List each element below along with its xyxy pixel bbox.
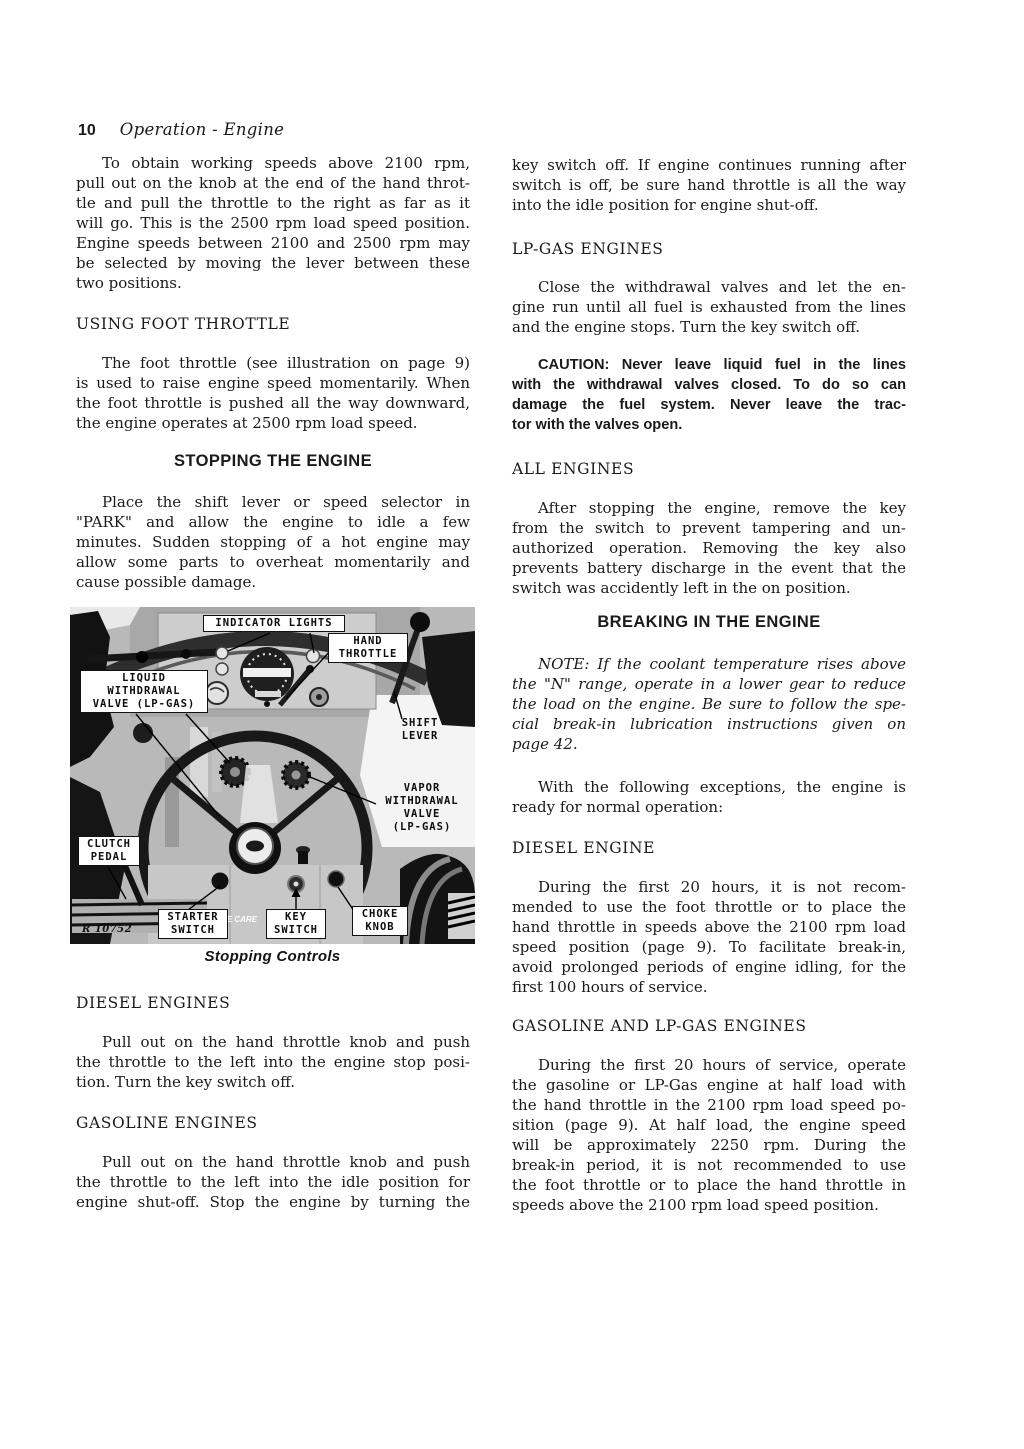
manual-page: { "page": { "number": "10", "title": "Op… (0, 0, 1024, 1449)
paragraph: To obtain working speeds above 2100 rpm,… (76, 153, 470, 293)
text-line: from the switch to prevent tampering and… (512, 518, 906, 538)
text-line: pull out on the knob at the end of the h… (76, 173, 470, 193)
choke-knob-control (328, 871, 344, 887)
text-line: During the first 20 hours, it is not rec… (512, 877, 906, 897)
section-heading-gasoline-engines: GASOLINE ENGINES (76, 1114, 258, 1132)
text-line: switch was accidently left in the on pos… (512, 578, 906, 598)
section-heading-using-foot-throttle: USING FOOT THROTTLE (76, 315, 290, 333)
indicator-light-left (216, 647, 228, 659)
text-line: ready for normal operation: (512, 797, 906, 817)
stopping-controls-figure: BE CARE INDICA (70, 607, 475, 979)
text-line: two positions. (76, 273, 470, 293)
text-line: tion. Turn the key switch off. (76, 1072, 470, 1092)
text-line: tor with the valves open. (512, 415, 906, 435)
indicator-light-left2 (216, 663, 228, 675)
paragraph: During the first 20 hours of service, op… (512, 1055, 906, 1215)
section-heading-diesel-engines: DIESEL ENGINES (76, 994, 230, 1012)
text-line: sition (page 9). At half load, the engin… (512, 1115, 906, 1135)
text-line: NOTE: If the coolant temperature rises a… (512, 654, 906, 674)
section-heading-stopping-the-engine: STOPPING THE ENGINE (76, 452, 470, 471)
section-heading-diesel-engine: DIESEL ENGINE (512, 839, 655, 857)
section-heading-gasoline-and-lp-gas-engines: GASOLINE AND LP-GAS ENGINES (512, 1017, 807, 1035)
paragraph: During the first 20 hours, it is not rec… (512, 877, 906, 997)
text-line: will go. This is the 2500 rpm load speed… (76, 213, 470, 233)
text-line: the foot throttle or to place the hand t… (512, 1175, 906, 1195)
label-clutch-pedal: CLUTCH PEDAL (78, 836, 140, 866)
text-line: allow some parts to overheat momentarily… (76, 552, 470, 572)
section-heading-breaking-in-the-engine: BREAKING IN THE ENGINE (512, 613, 906, 632)
paragraph: Close the withdrawal valves and let the … (512, 277, 906, 337)
text-line: The foot throttle (see illustration on p… (76, 353, 470, 373)
paragraph: key switch off. If engine continues runn… (512, 155, 906, 215)
text-line: damage the fuel system. Never leave the … (512, 395, 906, 415)
text-line: first 100 hours of service. (512, 977, 906, 997)
text-line: gine run until all fuel is exhausted fro… (512, 297, 906, 317)
label-key-switch: KEY SWITCH (266, 909, 326, 939)
figure-caption: Stopping Controls (70, 948, 475, 965)
text-line: tle and pull the throttle to the right a… (76, 193, 470, 213)
text-line: and the engine stops. Turn the key switc… (512, 317, 906, 337)
text-line: speed position (page 9). To facilitate b… (512, 937, 906, 957)
text-line: During the first 20 hours of service, op… (512, 1055, 906, 1075)
text-line: Pull out on the hand throttle knob and p… (76, 1032, 470, 1052)
paragraph: Place the shift lever or speed selector … (76, 492, 470, 592)
paragraph: The foot throttle (see illustration on p… (76, 353, 470, 433)
text-line: mended to use the foot throttle or to pl… (512, 897, 906, 917)
text-line: with the withdrawal valves closed. To do… (512, 375, 906, 395)
text-line: Pull out on the hand throttle knob and p… (76, 1152, 470, 1172)
section-heading-all-engines: ALL ENGINES (512, 460, 634, 478)
text-line: the engine operates at 2500 rpm load spe… (76, 413, 470, 433)
text-line: page 42. (512, 734, 906, 754)
text-line: With the following exceptions, the engin… (512, 777, 906, 797)
text-line: minutes. Sudden stopping of a hot engine… (76, 532, 470, 552)
text-line: the gasoline or LP-Gas engine at half lo… (512, 1075, 906, 1095)
shift-lever-knob (410, 612, 430, 632)
section-heading-lp-gas-engines: LP-GAS ENGINES (512, 240, 664, 258)
text-line: cial break-in lubrication instructions g… (512, 714, 906, 734)
text-line: engine shut-off. Stop the engine by turn… (76, 1192, 470, 1212)
text-line: switch is off, be sure hand throttle is … (512, 175, 906, 195)
paragraph: With the following exceptions, the engin… (512, 777, 906, 817)
text-line: is used to raise engine speed momentaril… (76, 373, 470, 393)
text-line: hand throttle in speeds above the 2100 r… (512, 917, 906, 937)
page-number: 10 (78, 122, 96, 140)
text-line: the hand throttle in the 2100 rpm load s… (512, 1095, 906, 1115)
text-line: To obtain working speeds above 2100 rpm, (76, 153, 470, 173)
label-choke-knob: CHOKE KNOB (352, 906, 408, 936)
text-line: the foot throttle is pushed all the way … (76, 393, 470, 413)
text-line: the throttle to the left into the idle p… (76, 1172, 470, 1192)
text-line: will be approximately 2250 rpm. During t… (512, 1135, 906, 1155)
text-line: Engine speeds between 2100 and 2500 rpm … (76, 233, 470, 253)
page-header: 10 Operation - Engine (78, 120, 284, 140)
label-vapor-withdrawal-valve: VAPOR WITHDRAWAL VALVE (LP-GAS) (374, 782, 470, 834)
text-line: Close the withdrawal valves and let the … (512, 277, 906, 297)
text-line: "PARK" and allow the engine to idle a fe… (76, 512, 470, 532)
text-line: key switch off. If engine continues runn… (512, 155, 906, 175)
paragraph: After stopping the engine, remove the ke… (512, 498, 906, 598)
left-knob (133, 723, 153, 743)
label-indicator-lights: INDICATOR LIGHTS (203, 615, 345, 632)
small-gauge (206, 682, 228, 704)
text-line: cause possible damage. (76, 572, 470, 592)
label-shift-lever: SHIFT LEVER (390, 717, 450, 743)
starter-switch-knob (212, 873, 229, 890)
text-line: be selected by moving the lever between … (76, 253, 470, 273)
paragraph: Pull out on the hand throttle knob and p… (76, 1032, 470, 1092)
text-line: CAUTION: Never leave liquid fuel in the … (512, 355, 906, 375)
text-line: Place the shift lever or speed selector … (76, 492, 470, 512)
text-line: break-in period, it is not recommended t… (512, 1155, 906, 1175)
page-title: Operation - Engine (120, 120, 284, 139)
text-line: speeds above the 2100 rpm load speed pos… (512, 1195, 906, 1215)
paragraph: Pull out on the hand throttle knob and p… (76, 1152, 470, 1212)
stopping-controls-photo: BE CARE (70, 607, 475, 944)
text-line: avoid prolonged periods of engine idling… (512, 957, 906, 977)
text-line: the load on the engine. Be sure to follo… (512, 694, 906, 714)
label-starter-switch: STARTER SWITCH (158, 909, 228, 939)
text-line: authorized operation. Removing the key a… (512, 538, 906, 558)
photo-reference-number: R 10752 (82, 924, 132, 935)
label-liquid-withdrawal-valve: LIQUID WITHDRAWAL VALVE (LP-GAS) (80, 670, 208, 713)
text-line: the "N" range, operate in a lower gear t… (512, 674, 906, 694)
note-paragraph: NOTE: If the coolant temperature rises a… (512, 654, 906, 754)
text-line: After stopping the engine, remove the ke… (512, 498, 906, 518)
text-line: into the idle position for engine shut-o… (512, 195, 906, 215)
text-line: the throttle to the left into the engine… (76, 1052, 470, 1072)
text-line: prevents battery discharge in the event … (512, 558, 906, 578)
caution-paragraph: CAUTION: Never leave liquid fuel in the … (512, 355, 906, 435)
label-hand-throttle: HAND THROTTLE (328, 633, 408, 663)
